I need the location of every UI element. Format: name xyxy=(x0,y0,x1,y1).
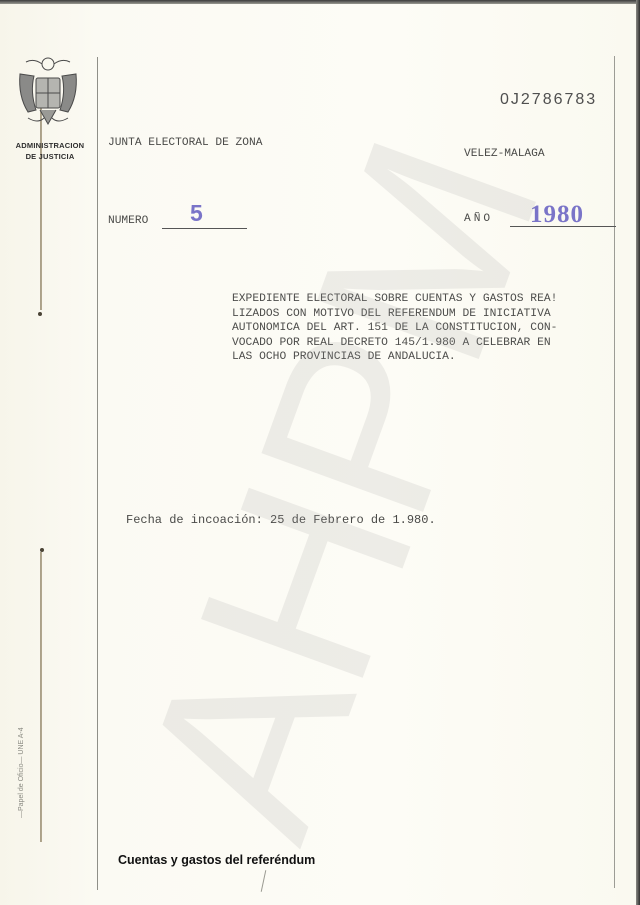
location: VELEZ-MALAGA xyxy=(464,148,545,160)
margin-rule xyxy=(97,57,98,890)
numero-underline xyxy=(162,228,247,229)
ahpm-watermark: AHPM xyxy=(0,0,640,905)
expediente-line: AUTONOMICA DEL ART. 151 DE LA CONSTITUCI… xyxy=(232,321,557,336)
expediente-description: EXPEDIENTE ELECTORAL SOBRE CUENTAS Y GAS… xyxy=(232,292,557,365)
expediente-line: LAS OCHO PROVINCIAS DE ANDALUCIA. xyxy=(232,350,557,365)
scan-right-edge xyxy=(636,0,640,905)
expediente-line: VOCADO POR REAL DECRETO 145/1.980 A CELE… xyxy=(232,336,557,351)
serial-number: 0J2786783 xyxy=(500,91,597,109)
junta-heading: JUNTA ELECTORAL DE ZONA xyxy=(108,137,262,149)
paper-note: —Papel de Oficio— UNE A-4 xyxy=(18,727,25,818)
paper-scratch xyxy=(261,870,267,892)
letterhead-line1: ADMINISTRACION xyxy=(10,140,90,151)
numero-value: 5 xyxy=(190,200,203,227)
fecha-incoacion: Fecha de incoación: 25 de Febrero de 1.9… xyxy=(126,513,436,527)
letterhead: ADMINISTRACION DE JUSTICIA xyxy=(10,140,90,162)
binding-hole xyxy=(38,312,42,316)
right-margin-rule xyxy=(614,56,615,888)
caption: Cuentas y gastos del referéndum xyxy=(118,853,315,867)
svg-text:AHPM: AHPM xyxy=(88,109,592,868)
binding-thread xyxy=(40,552,42,842)
binding-hole xyxy=(40,548,44,552)
ano-label: AÑO xyxy=(464,213,493,225)
expediente-line: LIZADOS CON MOTIVO DEL REFERENDUM DE INI… xyxy=(232,307,557,322)
spanish-coat-of-arms-icon xyxy=(14,52,82,132)
document-page: ADMINISTRACION DE JUSTICIA —Papel de Ofi… xyxy=(0,0,640,905)
expediente-line: EXPEDIENTE ELECTORAL SOBRE CUENTAS Y GAS… xyxy=(232,292,557,307)
numero-label: NUMERO xyxy=(108,215,148,227)
ano-value: 1980 xyxy=(530,201,584,229)
letterhead-line2: DE JUSTICIA xyxy=(10,151,90,162)
scan-top-edge xyxy=(0,0,640,4)
